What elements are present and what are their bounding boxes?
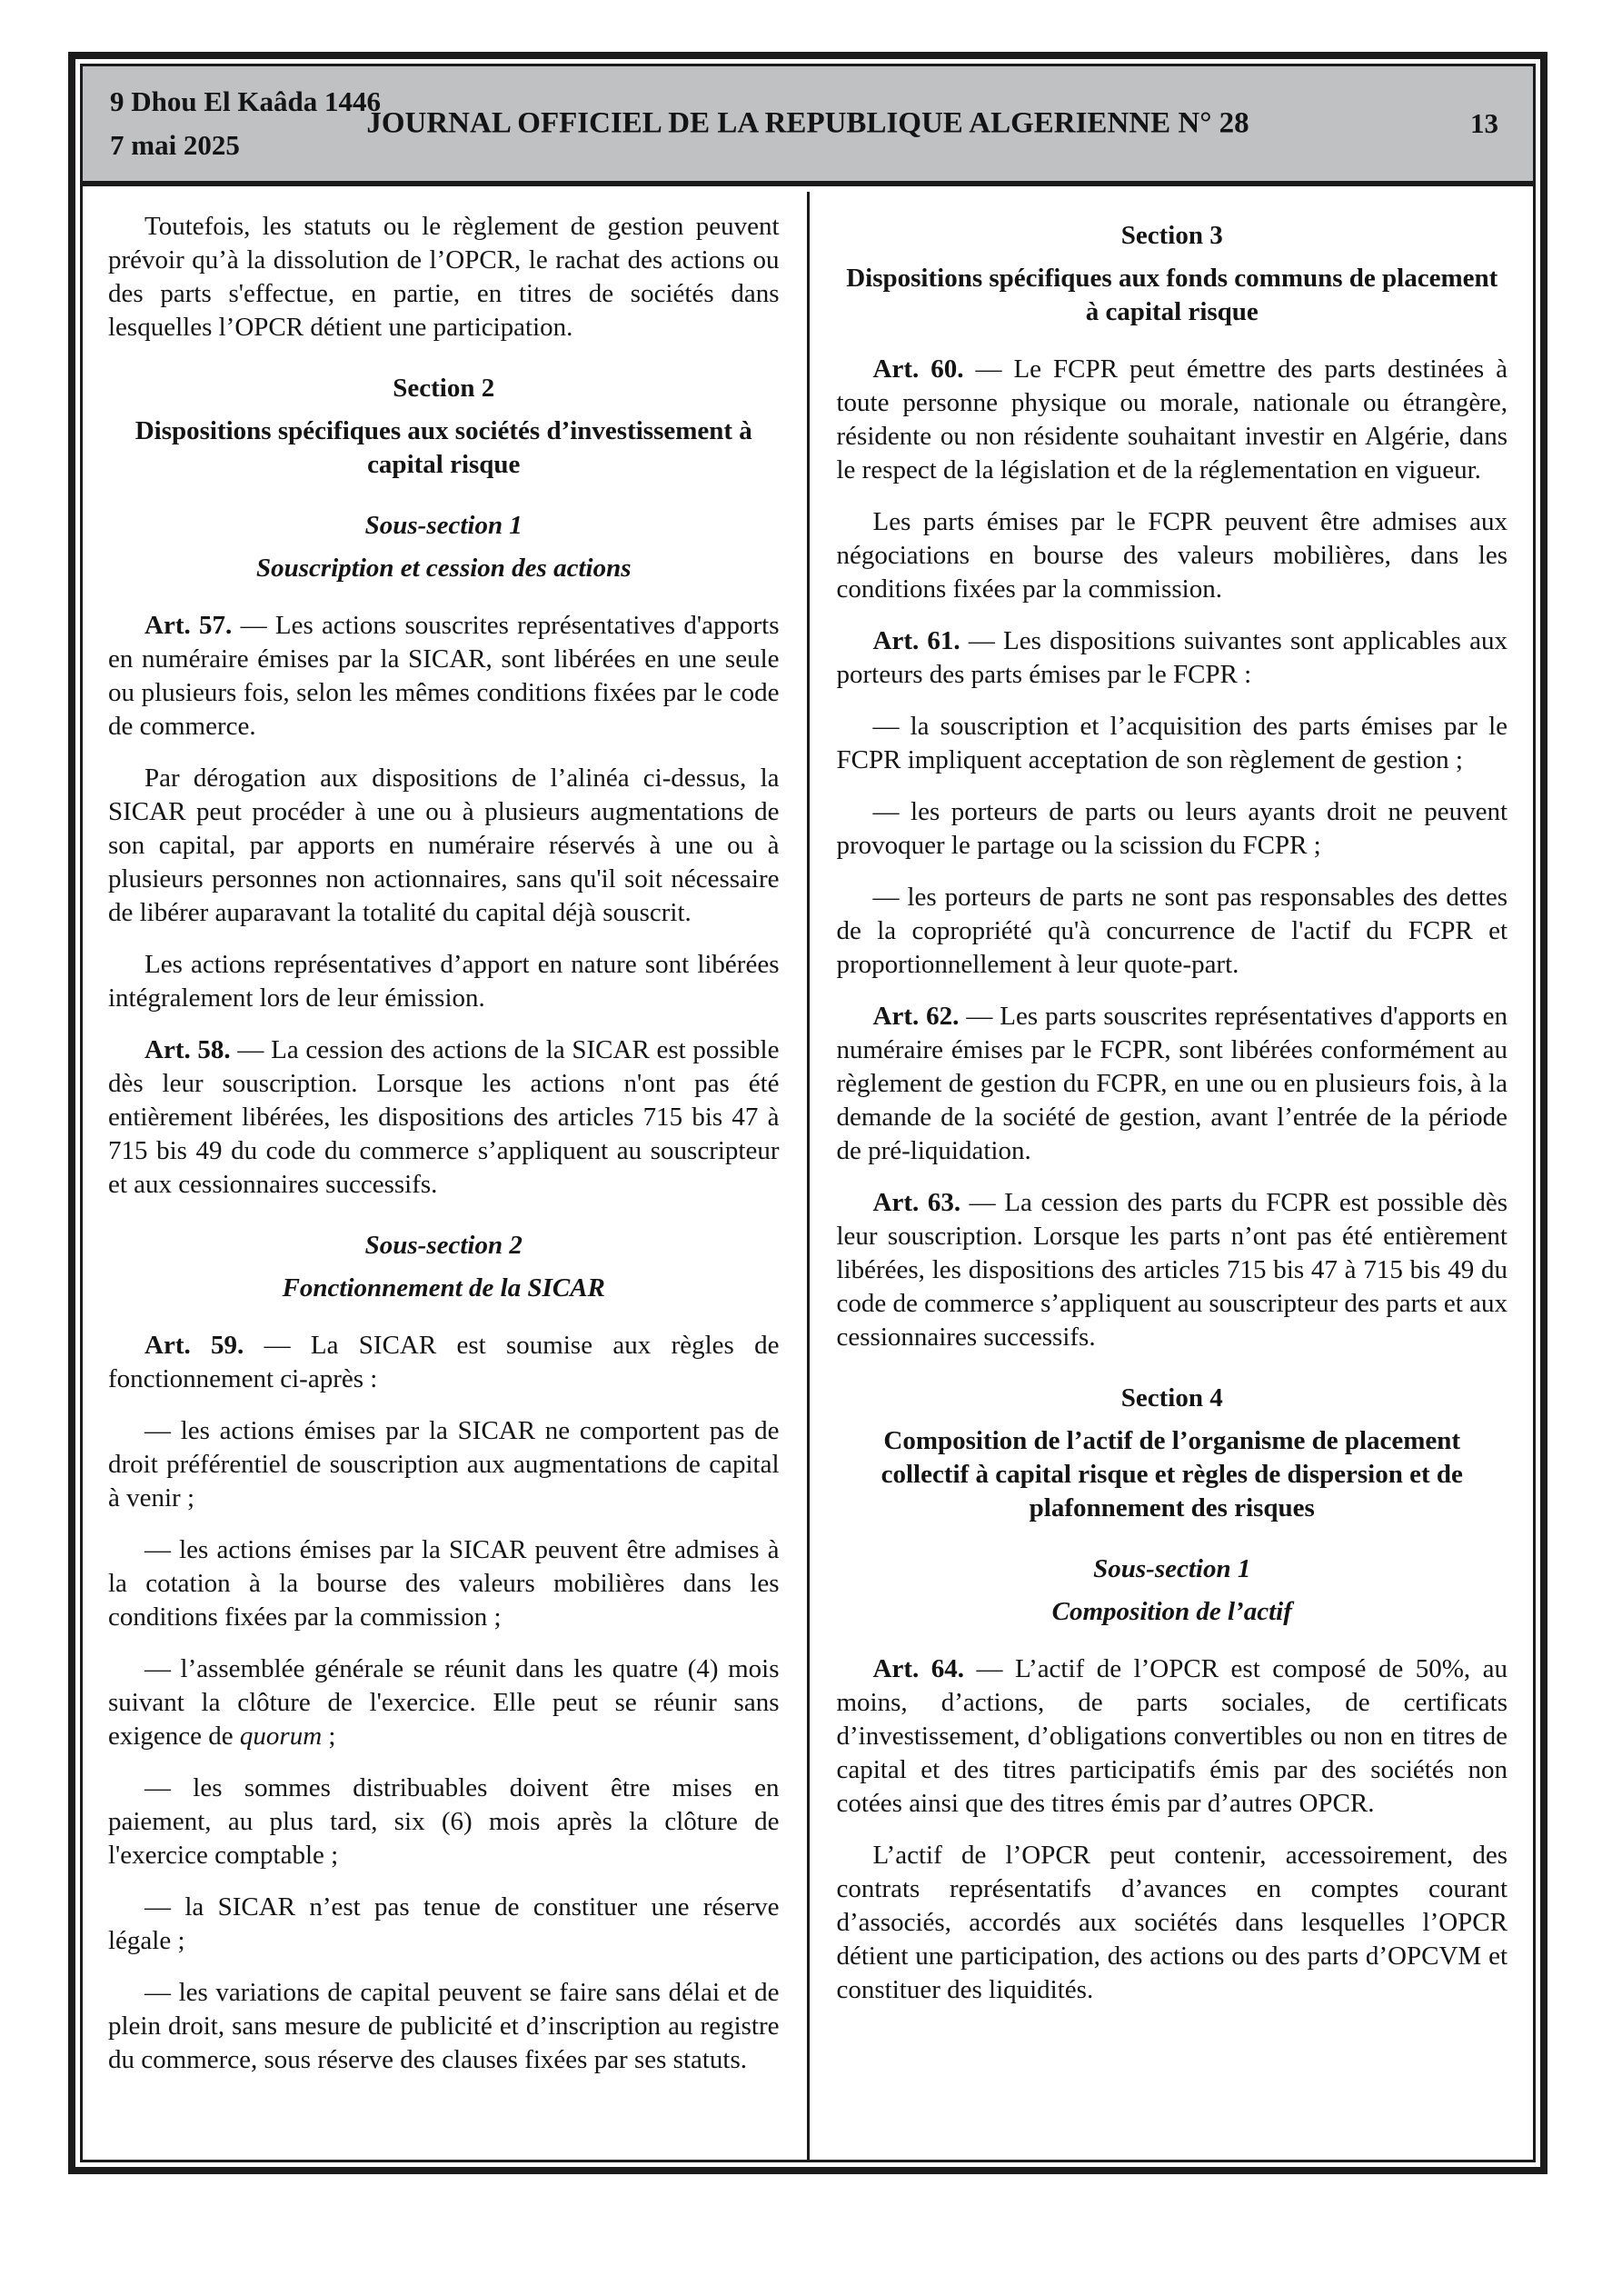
paragraph: Les actions représentatives d’apport en … [108,948,780,1015]
section-title: Section 3 [837,219,1508,253]
article-number: Art. 59. [144,1331,244,1360]
column-divider [807,192,810,2160]
page-frame-inner: 9 Dhou El Kaâda 1446 7 mai 2025 JOURNAL … [80,64,1536,2162]
section-title: Section 2 [108,372,780,405]
section-subtitle: Dispositions spécifiques aux fonds commu… [837,262,1508,329]
left-column: Toutefois, les statuts ou le règlement d… [108,192,780,2160]
paragraph: Par dérogation aux dispositions de l’ali… [108,762,780,930]
article-number: Art. 63. [873,1188,961,1217]
date-block: 9 Dhou El Kaâda 1446 7 mai 2025 [110,80,381,167]
article-number: Art. 57. [144,611,232,640]
page-body: Toutefois, les statuts ou le règlement d… [83,186,1533,2160]
article-paragraph: Art. 60. — Le FCPR peut émettre des part… [837,353,1508,487]
article-paragraph: Art. 59. — La SICAR est soumise aux règl… [108,1329,780,1396]
article-number: Art. 58. [144,1035,231,1064]
dash: — les variations de capital peuvent se f… [108,1976,780,2077]
right-column: Section 3Dispositions spécifiques aux fo… [837,192,1508,2160]
page-header: 9 Dhou El Kaâda 1446 7 mai 2025 JOURNAL … [83,66,1533,186]
article-number: Art. 61. [873,626,960,655]
page-frame: 9 Dhou El Kaâda 1446 7 mai 2025 JOURNAL … [68,52,1547,2174]
paragraph: Toutefois, les statuts ou le règlement d… [108,210,780,344]
subsection-subtitle: Souscription et cession des actions [108,552,780,585]
dash: — la SICAR n’est pas tenue de constituer… [108,1891,780,1958]
article-paragraph: Art. 58. — La cession des actions de la … [108,1033,780,1202]
article-paragraph: Art. 63. — La cession des parts du FCPR … [837,1186,1508,1354]
dash: — les actions émises par la SICAR peuven… [108,1533,780,1634]
article-number: Art. 60. [873,354,964,384]
section-title: Section 4 [837,1382,1508,1415]
subsection-title: Sous-section 1 [108,509,780,543]
journal-title: JOURNAL OFFICIEL DE LA REPUBLIQUE ALGERI… [366,107,1249,141]
dash: — la souscription et l’acquisition des p… [837,710,1508,777]
subsection-title: Sous-section 2 [108,1229,780,1263]
paragraph: L’actif de l’OPCR peut contenir, accesso… [837,1839,1508,2007]
dash: — l’assemblée générale se réunit dans le… [108,1652,780,1753]
date-hijri: 9 Dhou El Kaâda 1446 [110,80,381,124]
paragraph: Les parts émises par le FCPR peuvent êtr… [837,505,1508,606]
page-number: 13 [1470,107,1498,140]
subsection-subtitle: Composition de l’actif [837,1595,1508,1629]
section-subtitle: Composition de l’actif de l’organisme de… [837,1424,1508,1525]
dash: — les porteurs de parts ou leurs ayants … [837,795,1508,863]
article-paragraph: Art. 62. — Les parts souscrites représen… [837,1000,1508,1168]
article-number: Art. 62. [873,1002,960,1031]
subsection-subtitle: Fonctionnement de la SICAR [108,1272,780,1305]
article-paragraph: Art. 61. — Les dispositions suivantes so… [837,624,1508,692]
subsection-title: Sous-section 1 [837,1552,1508,1586]
journal-officiel-page: 9 Dhou El Kaâda 1446 7 mai 2025 JOURNAL … [0,0,1622,2296]
date-gregorian: 7 mai 2025 [110,124,381,167]
article-paragraph: Art. 57. — Les actions souscrites représ… [108,609,780,744]
article-number: Art. 64. [873,1654,964,1683]
dash: — les sommes distribuables doivent être … [108,1772,780,1872]
article-paragraph: Art. 64. — L’actif de l’OPCR est composé… [837,1652,1508,1821]
dash: — les porteurs de parts ne sont pas resp… [837,881,1508,982]
dash: — les actions émises par la SICAR ne com… [108,1414,780,1515]
section-subtitle: Dispositions spécifiques aux sociétés d’… [108,414,780,482]
